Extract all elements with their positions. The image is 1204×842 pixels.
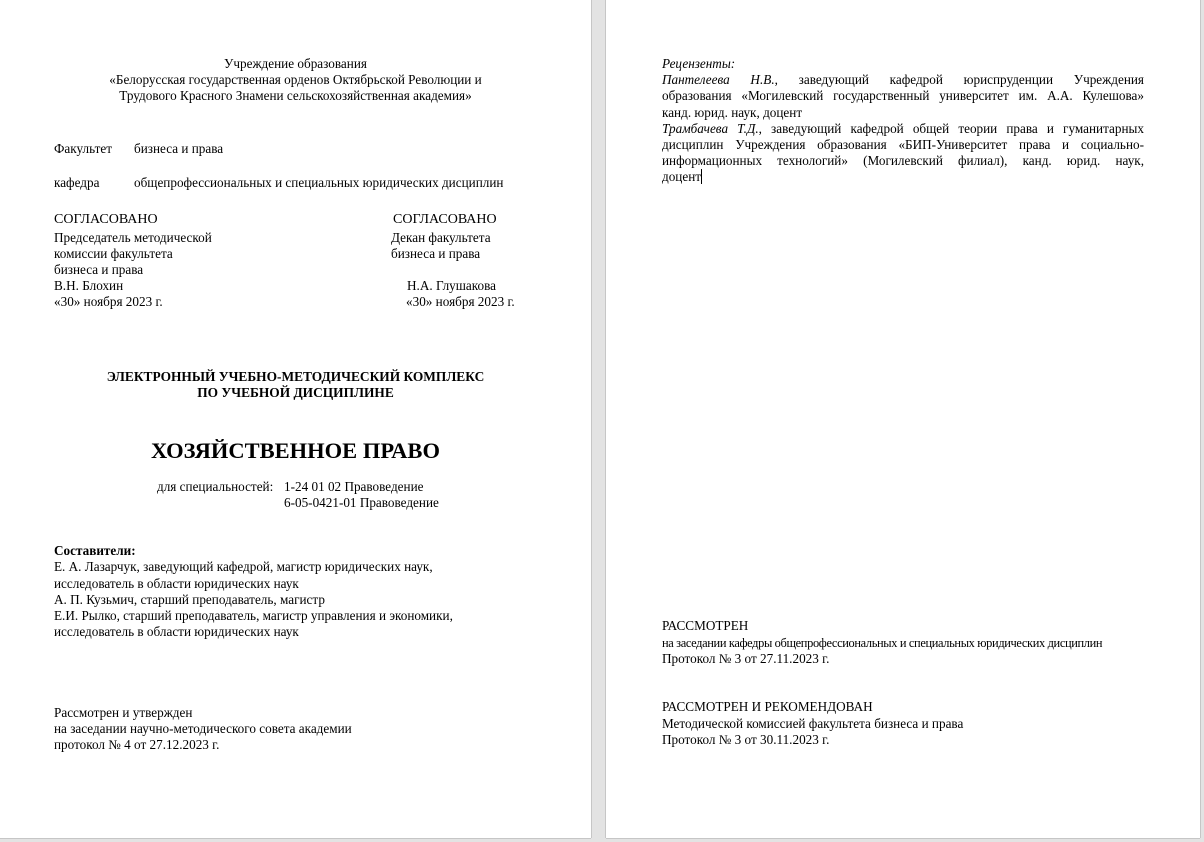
recommended-line-2: Протокол № 3 от 30.11.2023 г. (662, 732, 829, 748)
reviewer-1-line-1: Пантелеева Н.В., заведующий кафедрой юри… (662, 72, 1144, 88)
specialties-label: для специальностей: (157, 479, 273, 495)
author-line: исследователь в области юридических наук (54, 576, 299, 592)
reviewer-2-line-2: дисциплин Учреждения образования «БИП-Ун… (662, 137, 1144, 153)
recommended-heading: РАССМОТРЕН И РЕКОМЕНДОВАН (662, 699, 873, 715)
document-page-2[interactable]: Рецензенты: Пантелеева Н.В., заведующий … (606, 0, 1200, 838)
reviewer-2-text: , заведующий кафедрой общей теории права… (759, 121, 1144, 136)
reviewer-1-text: , заведующий кафедрой юриспруденции Учре… (775, 72, 1144, 87)
approved-line: на заседании научно-методического совета… (54, 721, 352, 737)
considered-heading: РАССМОТРЕН (662, 618, 748, 634)
considered-line-1: на заседании кафедры общепрофессиональны… (662, 635, 1102, 651)
institution-line-1: Учреждение образования (0, 56, 591, 72)
approval-left-heading: СОГЛАСОВАНО (54, 212, 158, 228)
approval-right-heading: СОГЛАСОВАНО (393, 212, 497, 228)
reviewers-block: Рецензенты: Пантелеева Н.В., заведующий … (662, 56, 1144, 186)
reviewer-2-line-1: Трамбачева Т.Д., заведующий кафедрой общ… (662, 121, 1144, 137)
author-line: Е.И. Рылко, старший преподаватель, магис… (54, 608, 453, 624)
author-line: А. П. Кузьмич, старший преподаватель, ма… (54, 592, 325, 608)
reviewer-2-line-4: доцент (662, 169, 1144, 185)
discipline-title: ХОЗЯЙСТВЕННОЕ ПРАВО (0, 437, 591, 465)
reviewer-1-line-2: образования «Могилевский государственный… (662, 88, 1144, 104)
reviewer-2-name: Трамбачева Т.Д. (662, 121, 759, 136)
approval-left-name: В.Н. Блохин (54, 278, 123, 294)
approved-line: Рассмотрен и утвержден (54, 705, 192, 721)
faculty-value: бизнеса и права (134, 141, 223, 157)
institution-line-2: «Белорусская государственная орденов Окт… (0, 72, 591, 88)
specialty-item: 1-24 01 02 Правоведение (284, 479, 424, 495)
text-cursor (701, 169, 702, 184)
approval-right-line: Декан факультета (391, 230, 491, 246)
document-page-1[interactable]: Учреждение образования «Белорусская госу… (0, 0, 591, 838)
reviewer-1-line-3: канд. юрид. наук, доцент (662, 105, 1144, 121)
faculty-label: Факультет (54, 141, 112, 157)
approval-right-line: бизнеса и права (391, 246, 480, 262)
institution-line-3: Трудового Красного Знамени сельскохозяйс… (0, 88, 591, 104)
authors-heading: Составители: (54, 543, 136, 559)
approval-left-line: Председатель методической (54, 230, 212, 246)
department-label: кафедра (54, 175, 99, 191)
approval-left-line: комиссии факультета (54, 246, 173, 262)
approval-right-name: Н.А. Глушакова (407, 278, 496, 294)
recommended-line-1: Методической комиссией факультета бизнес… (662, 716, 963, 732)
author-line: Е. А. Лазарчук, заведующий кафедрой, маг… (54, 559, 433, 575)
reviewer-2-last-line: доцент (662, 169, 701, 184)
reviewer-2-line-3: информационных технологий» (Могилевский … (662, 153, 1144, 169)
reviewers-heading: Рецензенты: (662, 56, 1144, 72)
approval-left-date: «30» ноября 2023 г. (54, 294, 163, 310)
approved-line: протокол № 4 от 27.12.2023 г. (54, 737, 219, 753)
complex-title-line-2: ПО УЧЕБНОЙ ДИСЦИПЛИНЕ (0, 385, 591, 401)
specialty-item: 6-05-0421-01 Правоведение (284, 495, 439, 511)
author-line: исследователь в области юридических наук (54, 624, 299, 640)
approval-right-date: «30» ноября 2023 г. (406, 294, 515, 310)
reviewer-1-name: Пантелеева Н.В. (662, 72, 775, 87)
complex-title-line-1: ЭЛЕКТРОННЫЙ УЧЕБНО-МЕТОДИЧЕСКИЙ КОМПЛЕКС (0, 369, 591, 385)
department-value: общепрофессиональных и специальных юриди… (134, 175, 503, 191)
approval-left-line: бизнеса и права (54, 262, 143, 278)
considered-line-2: Протокол № 3 от 27.11.2023 г. (662, 651, 829, 667)
